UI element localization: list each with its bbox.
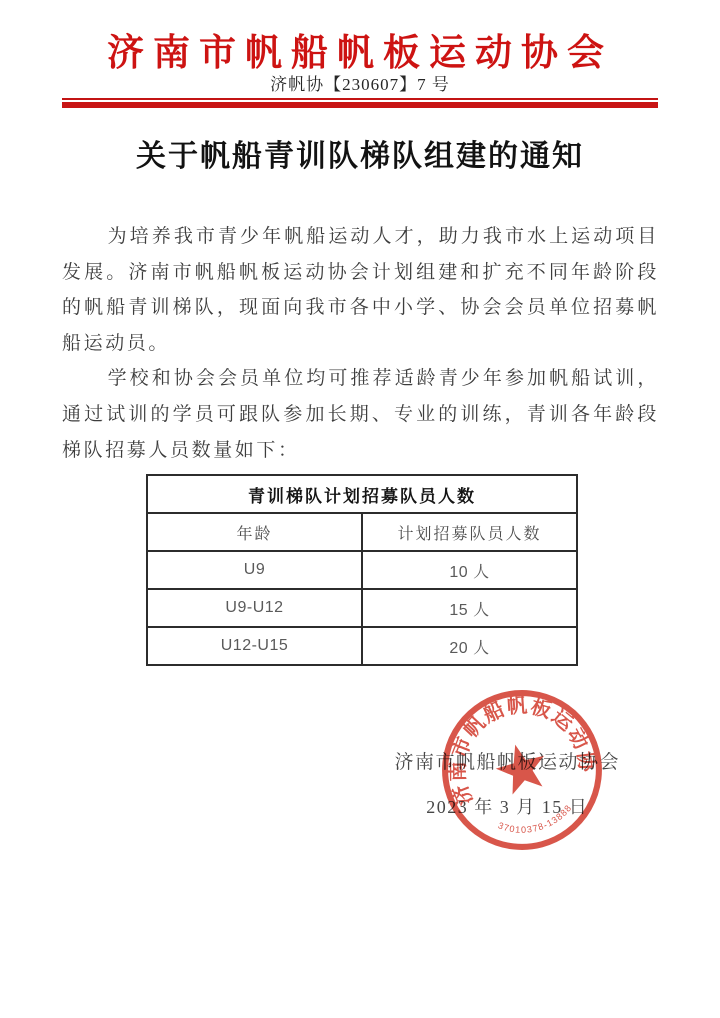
cell-age-u9: U9 xyxy=(147,551,362,589)
notice-document-page: 济南市帆船帆板运动协会 济帆协【230607】7 号 关于帆船青训队梯队组建的通… xyxy=(0,0,720,1018)
notice-title: 关于帆船青训队梯队组建的通知 xyxy=(0,131,720,175)
table-row: U9-U12 15 人 xyxy=(147,589,577,627)
letterhead-divider-rule xyxy=(62,98,658,108)
cell-age-u12u15: U12-U15 xyxy=(147,627,362,665)
divider-thick-line xyxy=(62,102,658,108)
table-title-row: 青训梯队计划招募队员人数 xyxy=(147,475,577,513)
cell-count-u12u15: 20 人 xyxy=(362,627,577,665)
paragraph-2: 学校和协会会员单位均可推荐适龄青少年参加帆船试训，通过试训的学员可跟队参加长期、… xyxy=(62,361,659,468)
table-title: 青训梯队计划招募队员人数 xyxy=(147,475,577,513)
table-row: U12-U15 20 人 xyxy=(147,627,577,665)
recruitment-table: 青训梯队计划招募队员人数 年龄 计划招募队员人数 U9 10 人 U9-U12 … xyxy=(146,474,578,666)
header-age: 年龄 xyxy=(147,513,362,551)
table-header-row: 年龄 计划招募队员人数 xyxy=(147,513,577,551)
document-number: 济帆协【230607】7 号 xyxy=(0,70,720,95)
cell-count-u9u12: 15 人 xyxy=(362,589,577,627)
paragraph-1: 为培养我市青少年帆船运动人才，助力我市水上运动项目发展。济南市帆船帆板运动协会计… xyxy=(62,219,659,361)
header-planned-count: 计划招募队员人数 xyxy=(362,513,577,551)
cell-count-u9: 10 人 xyxy=(362,551,577,589)
signature-date: 2023 年 3 月 15 日 xyxy=(394,793,620,819)
signature-org: 济南市帆船帆板运动协会 xyxy=(394,747,620,774)
signature-block: 济南市帆船帆板运动协会 2023 年 3 月 15 日 xyxy=(394,747,620,819)
table-row: U9 10 人 xyxy=(147,551,577,589)
cell-age-u9u12: U9-U12 xyxy=(147,589,362,627)
notice-body: 为培养我市青少年帆船运动人才，助力我市水上运动项目发展。济南市帆船帆板运动协会计… xyxy=(62,219,659,468)
letterhead-org-name: 济南市帆船帆板运动协会 xyxy=(0,22,720,76)
